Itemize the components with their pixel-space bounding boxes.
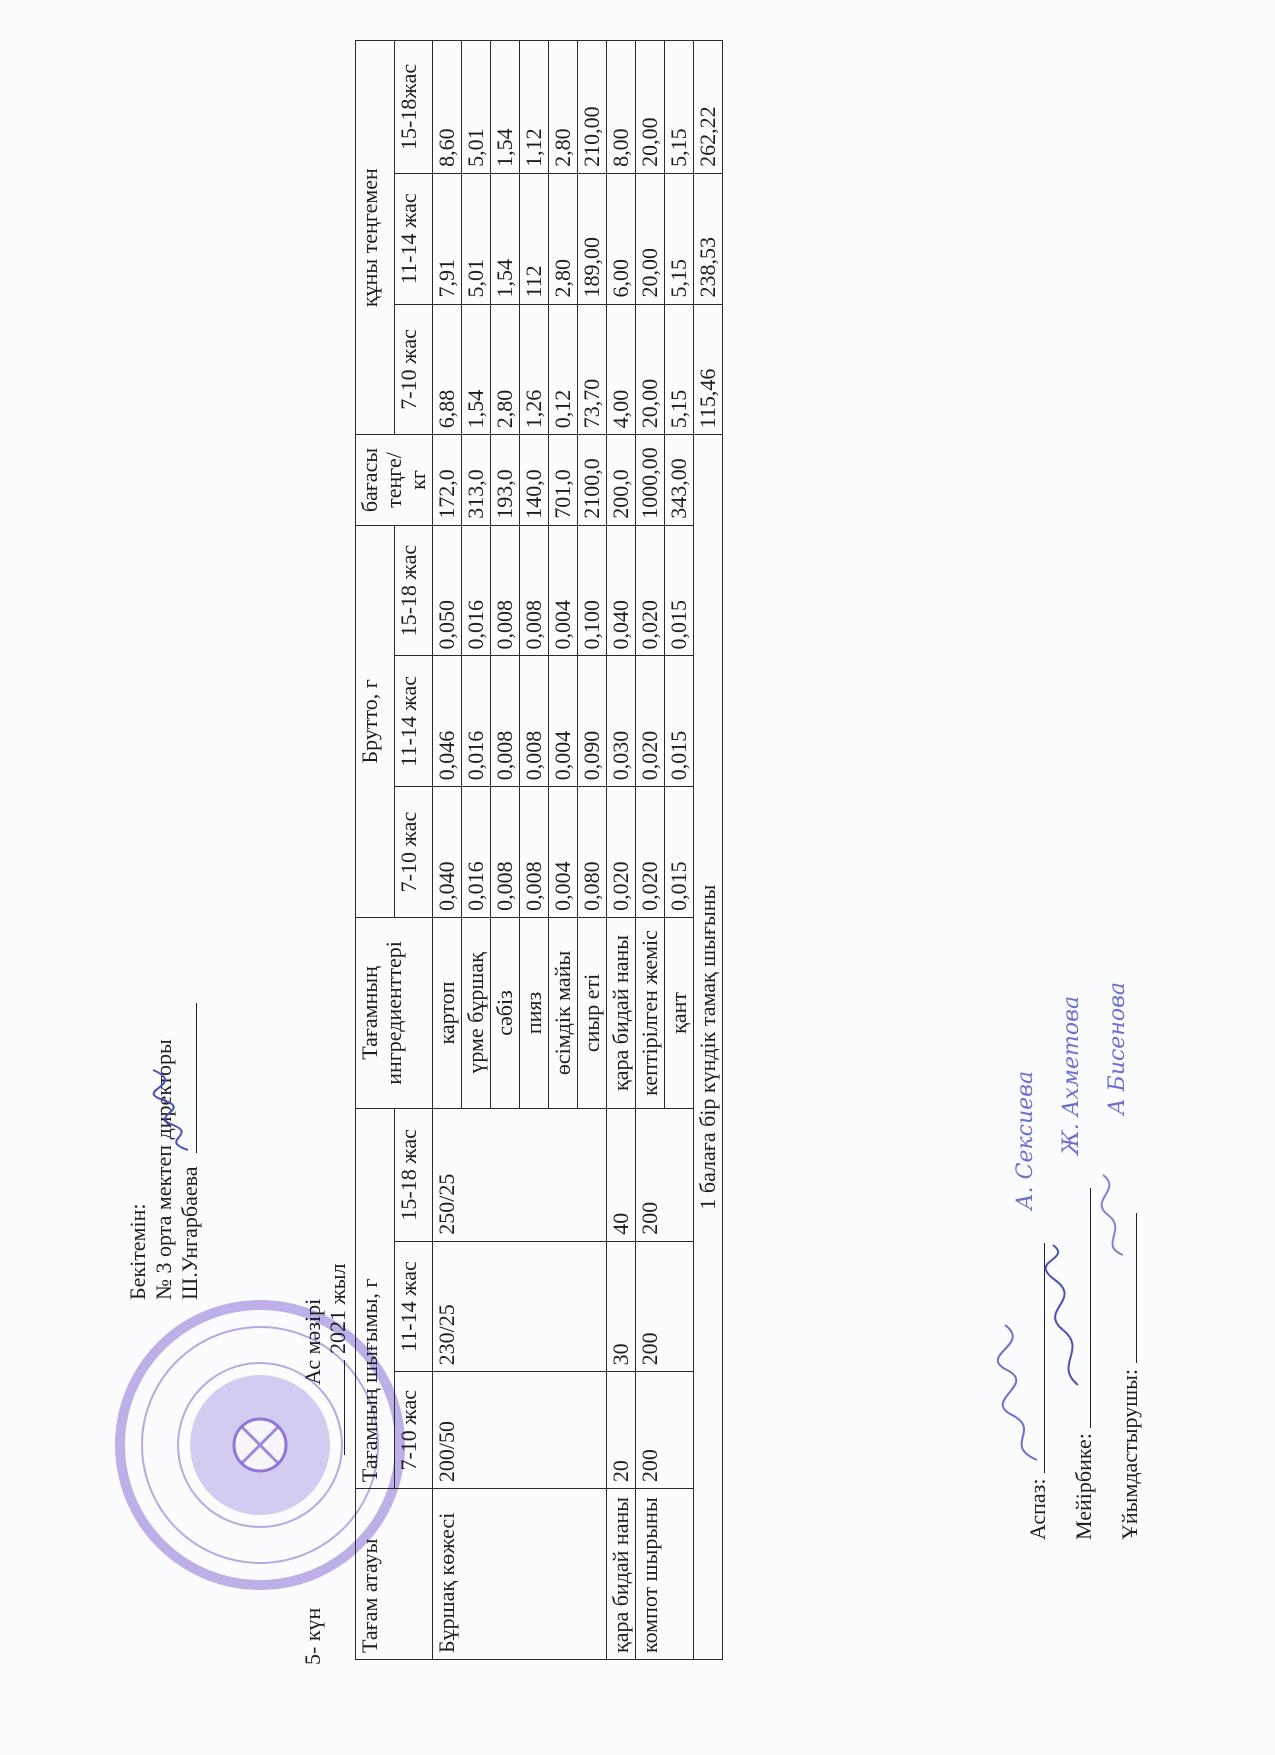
brutto-11-14: 0,016 — [462, 656, 491, 787]
total-label: 1 балаға бір күндік тамақ шығыны — [694, 435, 723, 1660]
brutto-15-18: 0,015 — [665, 525, 694, 656]
signature-organizer: Ұйымдастырушы: А Бисенова — [1107, 1188, 1153, 1540]
header-brutto: Брутто, г — [356, 525, 395, 917]
header-cost-15-18: 15-18жас — [394, 41, 433, 174]
header-yield-7-10: 7-10 жас — [394, 1372, 433, 1489]
price: 172,0 — [433, 435, 462, 526]
brutto-15-18: 0,008 — [520, 525, 549, 656]
organizer-signature-icon — [1093, 1170, 1133, 1260]
brutto-11-14: 0,008 — [491, 656, 520, 787]
cost-15-18: 8,60 — [433, 41, 462, 174]
menu-table-body: Бұршақ көжесі 200/50 230/25 250/25 карто… — [433, 41, 723, 1660]
brutto-11-14: 0,030 — [607, 656, 636, 787]
brutto-7-10: 0,080 — [578, 787, 607, 918]
signatures-block: Аспаз: А. Сексиева Мейірбике: Ж. Ахметов… — [1015, 1188, 1153, 1540]
cost-11-14: 6,00 — [607, 173, 636, 304]
cost-7-10: 1,54 — [462, 304, 491, 435]
ingredient: пияз — [520, 917, 549, 1108]
cost-15-18: 8,00 — [607, 41, 636, 174]
cost-15-18: 5,15 — [665, 41, 694, 174]
header-brutto-7-10: 7-10 жас — [394, 787, 433, 918]
director-signature-icon — [148, 1065, 208, 1155]
cost-7-10: 5,15 — [665, 304, 694, 435]
brutto-15-18: 0,016 — [462, 525, 491, 656]
cost-7-10: 0,12 — [549, 304, 578, 435]
brutto-11-14: 0,015 — [665, 656, 694, 787]
cost-7-10: 4,00 — [607, 304, 636, 435]
dish-name: компот шырыны — [636, 1489, 694, 1660]
approval-name: Ш.Унгарбаева — [177, 1167, 202, 1300]
yield-15-18: 200 — [636, 1108, 694, 1241]
yield-15-18: 40 — [607, 1108, 636, 1241]
yield-11-14: 30 — [607, 1241, 636, 1372]
total-cost-7-10: 115,46 — [694, 304, 723, 435]
brutto-15-18: 0,004 — [549, 525, 578, 656]
ingredient: картоп — [433, 917, 462, 1108]
brutto-15-18: 0,040 — [607, 525, 636, 656]
cost-11-14: 5,15 — [665, 173, 694, 304]
header-yield-11-14: 11-14 жас — [394, 1241, 433, 1372]
cost-15-18: 210,00 — [578, 41, 607, 174]
cost-11-14: 1,54 — [491, 173, 520, 304]
ingredient: сиыр еті — [578, 917, 607, 1108]
brutto-11-14: 0,090 — [578, 656, 607, 787]
brutto-7-10: 0,040 — [433, 787, 462, 918]
yield-11-14: 200 — [636, 1241, 694, 1372]
brutto-15-18: 0,050 — [433, 525, 462, 656]
cost-15-18: 1,54 — [491, 41, 520, 174]
table-row: Бұршақ көжесі 200/50 230/25 250/25 карто… — [433, 41, 462, 1660]
total-cost-11-14: 238,53 — [694, 173, 723, 304]
brutto-15-18: 0,008 — [491, 525, 520, 656]
price: 200,0 — [607, 435, 636, 526]
ingredient: өсімдік майы — [549, 917, 578, 1108]
price: 140,0 — [520, 435, 549, 526]
ingredient: қант — [665, 917, 694, 1108]
signature-role: Ұйымдастырушы: — [1117, 1369, 1142, 1540]
brutto-7-10: 0,020 — [636, 787, 665, 918]
ingredient: кептірілген жеміс — [636, 917, 665, 1108]
brutto-7-10: 0,015 — [665, 787, 694, 918]
cost-11-14: 5,01 — [462, 173, 491, 304]
brutto-15-18: 0,100 — [578, 525, 607, 656]
header-cost-7-10: 7-10 жас — [394, 304, 433, 435]
brutto-15-18: 0,020 — [636, 525, 665, 656]
cost-15-18: 1,12 — [520, 41, 549, 174]
menu-table: Тағам атауы Тағамның шығымы, г Тағамның … — [355, 40, 723, 1660]
ingredient: қара бидай наны — [607, 917, 636, 1108]
total-cost-15-18: 262,22 — [694, 41, 723, 174]
nurse-signature-icon — [1043, 1240, 1093, 1390]
menu-title: Ас мәзірі — [300, 1299, 326, 1385]
yield-7-10: 20 — [607, 1372, 636, 1489]
cost-7-10: 20,00 — [636, 304, 665, 435]
cost-7-10: 73,70 — [578, 304, 607, 435]
header-brutto-11-14: 11-14 жас — [394, 656, 433, 787]
brutto-11-14: 0,046 — [433, 656, 462, 787]
header-yield-15-18: 15-18 жас — [394, 1108, 433, 1241]
cost-15-18: 20,00 — [636, 41, 665, 174]
total-row: 1 балаға бір күндік тамақ шығыны 115,46 … — [694, 41, 723, 1660]
cost-11-14: 2,80 — [549, 173, 578, 304]
dish-name: Бұршақ көжесі — [433, 1489, 607, 1660]
cost-7-10: 6,88 — [433, 304, 462, 435]
header-dish-name: Тағам атауы — [356, 1489, 433, 1660]
brutto-11-14: 0,020 — [636, 656, 665, 787]
cost-7-10: 2,80 — [491, 304, 520, 435]
yield-7-10: 200 — [636, 1372, 694, 1489]
cost-7-10: 1,26 — [520, 304, 549, 435]
yield-11-14: 230/25 — [433, 1241, 607, 1372]
signature-name: А. Сексиева — [1003, 1071, 1049, 1210]
cost-11-14: 7,91 — [433, 173, 462, 304]
brutto-7-10: 0,008 — [491, 787, 520, 918]
signature-role: Аспаз: — [1025, 1479, 1050, 1540]
header-yield: Тағамның шығымы, г — [356, 1108, 395, 1488]
header-cost: құны теңгемен — [356, 41, 395, 435]
brutto-7-10: 0,008 — [520, 787, 549, 918]
year-label: 2021 жыл — [325, 1264, 350, 1354]
cost-15-18: 5,01 — [462, 41, 491, 174]
yield-7-10: 200/50 — [433, 1372, 607, 1489]
signature-name: Ж. Ахметова — [1049, 996, 1095, 1155]
price: 313,0 — [462, 435, 491, 526]
price: 193,0 — [491, 435, 520, 526]
yield-15-18: 250/25 — [433, 1108, 607, 1241]
header-brutto-15-18: 15-18 жас — [394, 525, 433, 656]
cost-15-18: 2,80 — [549, 41, 578, 174]
ingredient: үрме бұршақ — [462, 917, 491, 1108]
table-row: компот шырыны 200 200 200 кептірілген же… — [636, 41, 665, 1660]
brutto-11-14: 0,004 — [549, 656, 578, 787]
price: 343,00 — [665, 435, 694, 526]
cost-11-14: 112 — [520, 173, 549, 304]
price: 2100,0 — [578, 435, 607, 526]
date-line: 2021 жыл — [325, 1264, 351, 1455]
brutto-7-10: 0,020 — [607, 787, 636, 918]
brutto-7-10: 0,004 — [549, 787, 578, 918]
cost-11-14: 189,00 — [578, 173, 607, 304]
date-blank — [344, 1360, 345, 1455]
signature-name: А Бисенова — [1095, 982, 1141, 1115]
dish-name: қара бидай наны — [607, 1489, 636, 1660]
cost-11-14: 20,00 — [636, 173, 665, 304]
brutto-11-14: 0,008 — [520, 656, 549, 787]
brutto-7-10: 0,016 — [462, 787, 491, 918]
cook-signature-icon — [997, 1315, 1047, 1465]
header-price: бағасы теңге/ кг — [356, 435, 433, 526]
ingredient: сәбіз — [491, 917, 520, 1108]
table-row: қара бидай наны 20 30 40 қара бидай наны… — [607, 41, 636, 1660]
price: 701,0 — [549, 435, 578, 526]
price: 1000,00 — [636, 435, 665, 526]
signature-role: Мейірбике: — [1071, 1433, 1096, 1540]
header-ingredients: Тағамның ингредиенттері — [356, 917, 433, 1108]
day-label: 5- күн — [300, 1608, 326, 1665]
header-cost-11-14: 11-14 жас — [394, 173, 433, 304]
menu-document-page: Бекітемін: № 3 орта мектеп директоры Ш.У… — [0, 0, 1275, 1755]
